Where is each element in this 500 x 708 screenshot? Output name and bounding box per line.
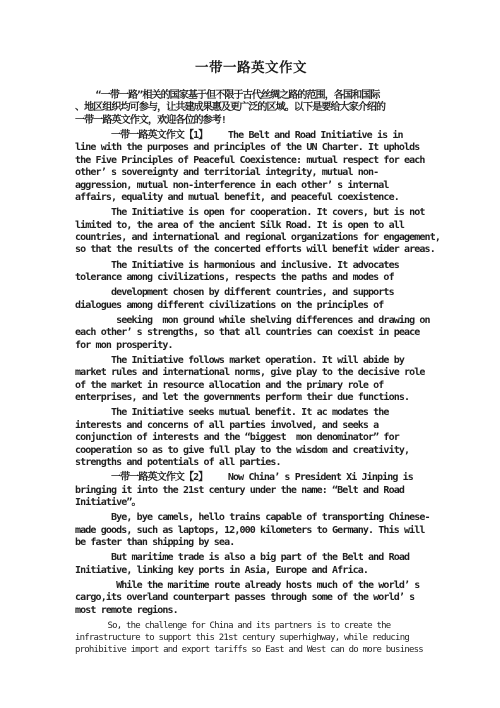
text-line: The Initiative is open for cooperation. … (75, 207, 427, 219)
text-line: 一带一路英文作文，欢迎各位的参考! (75, 115, 427, 127)
text-line: be faster than shipping by sea. (75, 537, 427, 549)
document-page: 一带一路英文作文 “一带一路”相关的国家基于但不限于古代丝绸之路的范围，各国和国… (0, 0, 500, 708)
text-line: limited to, the area of the ancient Silk… (75, 220, 427, 232)
text-line: infrastructure to support this 21st cent… (75, 632, 427, 644)
paragraph: The Initiative is harmonious and inclusi… (75, 260, 427, 285)
text-line: enterprises, and let the governments per… (75, 392, 427, 404)
text-line: conjunction of interests and the “bigges… (75, 432, 427, 444)
page-title: 一带一路英文作文 (75, 60, 427, 77)
text-line: prohibitive import and export tariffs so… (75, 644, 427, 656)
text-line: dialogues among different civilizations … (75, 300, 427, 312)
paragraph: Bye, bye camels, hello trains capable of… (75, 512, 427, 549)
text-line: But maritime trade is also a big part of… (75, 552, 427, 564)
text-line: While the maritime route already hosts m… (75, 580, 427, 592)
text-line: tolerance among civilizations, respects … (75, 272, 427, 284)
text-line: for mon prosperity. (75, 340, 427, 352)
text-line: 、地区组织均可参与，让共建成果惠及更广泛的区域。以下是要给大家介绍的 (75, 102, 427, 114)
text-line: most remote regions. (75, 605, 427, 617)
text-line: So, the challenge for China and its part… (75, 620, 427, 632)
paragraph: The Initiative seeks mutual benefit. It … (75, 407, 427, 469)
text-line: Initiative”。 (75, 497, 427, 509)
text-line: made goods, such as laptops, 12,000 kilo… (75, 525, 427, 537)
paragraph: development chosen by different countrie… (75, 287, 427, 312)
text-line: The Initiative follows market operation.… (75, 355, 427, 367)
text-line: 一带一路英文作文【1】 The Belt and Road Initiative… (75, 130, 427, 142)
text-line: each other’ s strengths, so that all cou… (75, 327, 427, 339)
text-line: The Initiative is harmonious and inclusi… (75, 260, 427, 272)
text-line: cooperation so as to give full play to t… (75, 445, 427, 457)
text-line: other’ s sovereignty and territorial int… (75, 167, 427, 179)
paragraph: The Initiative follows market operation.… (75, 355, 427, 405)
document-content: 一带一路英文作文 “一带一路”相关的国家基于但不限于古代丝绸之路的范围，各国和国… (75, 60, 427, 660)
paragraph: 一带一路英文作文【1】 The Belt and Road Initiative… (75, 130, 427, 204)
text-line: affairs, equality and mutual benefit, an… (75, 192, 427, 204)
text-line: of the market in resource allocation and… (75, 380, 427, 392)
paragraph: “一带一路”相关的国家基于但不限于古代丝绸之路的范围，各国和国际、地区组织均可参… (75, 90, 427, 127)
text-line: seeking mon ground while shelving differ… (75, 315, 427, 327)
text-line: Initiative, linking key ports in Asia, E… (75, 565, 427, 577)
text-line: market rules and international norms, gi… (75, 367, 427, 379)
text-line: 一带一路英文作文【2】 Now China’ s President Xi Ji… (75, 472, 427, 484)
text-line: aggression, mutual non-interference in e… (75, 180, 427, 192)
text-line: development chosen by different countrie… (75, 287, 427, 299)
paragraph: While the maritime route already hosts m… (75, 580, 427, 617)
paragraph: The Initiative is open for cooperation. … (75, 207, 427, 257)
text-line: so that the results of the concerted eff… (75, 244, 427, 256)
text-line: cargo,its overland counterpart passes th… (75, 592, 427, 604)
text-line: interests and concerns of all parties in… (75, 420, 427, 432)
document-body: “一带一路”相关的国家基于但不限于古代丝绸之路的范围，各国和国际、地区组织均可参… (75, 90, 427, 657)
paragraph: But maritime trade is also a big part of… (75, 552, 427, 577)
paragraph: So, the challenge for China and its part… (75, 620, 427, 657)
text-line: line with the purposes and principles of… (75, 142, 427, 154)
text-line: The Initiative seeks mutual benefit. It … (75, 407, 427, 419)
text-line: the Five Principles of Peaceful Coexiste… (75, 155, 427, 167)
paragraph: seeking mon ground while shelving differ… (75, 315, 427, 352)
paragraph: 一带一路英文作文【2】 Now China’ s President Xi Ji… (75, 472, 427, 509)
text-line: countries, and international and regiona… (75, 232, 427, 244)
text-line: “一带一路”相关的国家基于但不限于古代丝绸之路的范围，各国和国际 (75, 90, 427, 102)
text-line: strengths and potentials of all parties. (75, 457, 427, 469)
text-line: bringing it into the 21st century under … (75, 485, 427, 497)
text-line: Bye, bye camels, hello trains capable of… (75, 512, 427, 524)
